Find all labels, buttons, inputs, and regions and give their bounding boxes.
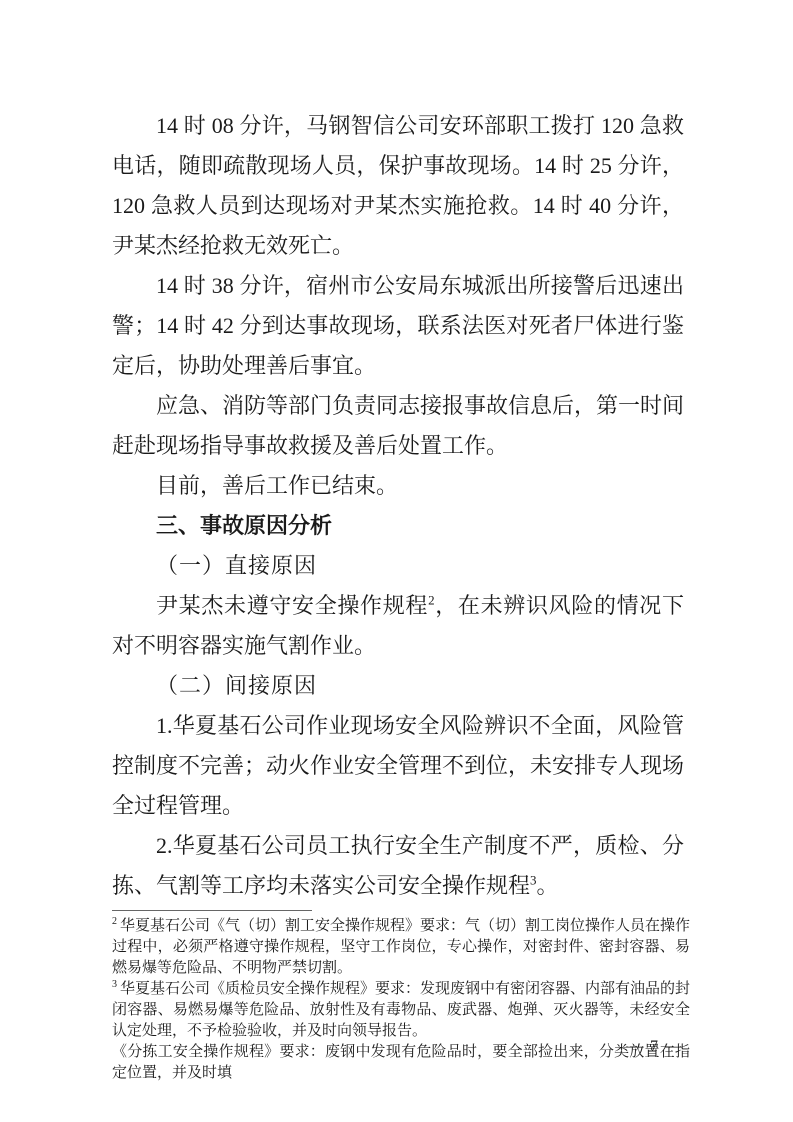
paragraph-rescue-timeline: 14 时 08 分许，马钢智信公司安环部职工拨打 120 急救电话，随即疏散现场… <box>112 106 684 266</box>
page-number: — 7 — <box>112 1036 688 1058</box>
footnote-3-text: 华夏基石公司《质检员安全操作规程》要求：发现废钢中有密闭容器、内部有油品的封闭容… <box>112 981 690 1039</box>
subheading-direct-cause: （一）直接原因 <box>112 546 684 586</box>
footnote-separator-rule <box>112 910 312 911</box>
paragraph-indirect-cause-2: 2.华夏基石公司员工执行安全生产制度不严，质检、分拣、气割等工序均未落实公司安全… <box>112 826 684 906</box>
footnote-2: 2华夏基石公司《气（切）割工安全操作规程》要求：气（切）割工岗位操作人员在操作过… <box>112 916 690 979</box>
page-body: 14 时 08 分许，马钢智信公司安环部职工拨打 120 急救电话，随即疏散现场… <box>112 106 684 906</box>
paragraph-police-response: 14 时 38 分许，宿州市公安局东城派出所接警后迅速出警；14 时 42 分到… <box>112 266 684 386</box>
paragraph-aftermath-status: 目前，善后工作已结束。 <box>112 466 684 506</box>
paragraph-indirect-cause-1: 1.华夏基石公司作业现场安全风险辨识不全面，风险管控制度不完善；动火作业安全管理… <box>112 706 684 826</box>
document-page: 14 时 08 分许，马钢智信公司安环部职工拨打 120 急救电话，随即疏散现场… <box>0 0 793 1122</box>
footnote-2-text: 华夏基石公司《气（切）割工安全操作规程》要求：气（切）割工岗位操作人员在操作过程… <box>112 918 690 976</box>
section-heading-cause-analysis: 三、事故原因分析 <box>112 506 684 546</box>
direct-cause-text: 尹某杰未遵守安全操作规程 <box>156 593 428 618</box>
footnote-3-marker: 3 <box>112 979 117 990</box>
subheading-indirect-cause: （二）间接原因 <box>112 666 684 706</box>
footnote-3: 3华夏基石公司《质检员安全操作规程》要求：发现废钢中有密闭容器、内部有油品的封闭… <box>112 979 690 1042</box>
indirect-cause-2-text-continued: 。 <box>537 873 559 898</box>
indirect-cause-2-text: 2.华夏基石公司员工执行安全生产制度不严，质检、分拣、气割等工序均未落实公司安全… <box>112 833 684 898</box>
paragraph-direct-cause: 尹某杰未遵守安全操作规程2，在未辨识风险的情况下对不明容器实施气割作业。 <box>112 586 684 666</box>
footnote-2-marker: 2 <box>112 916 117 927</box>
paragraph-emergency-departments: 应急、消防等部门负责同志接报事故信息后，第一时间赶赴现场指导事故救援及善后处置工… <box>112 386 684 466</box>
